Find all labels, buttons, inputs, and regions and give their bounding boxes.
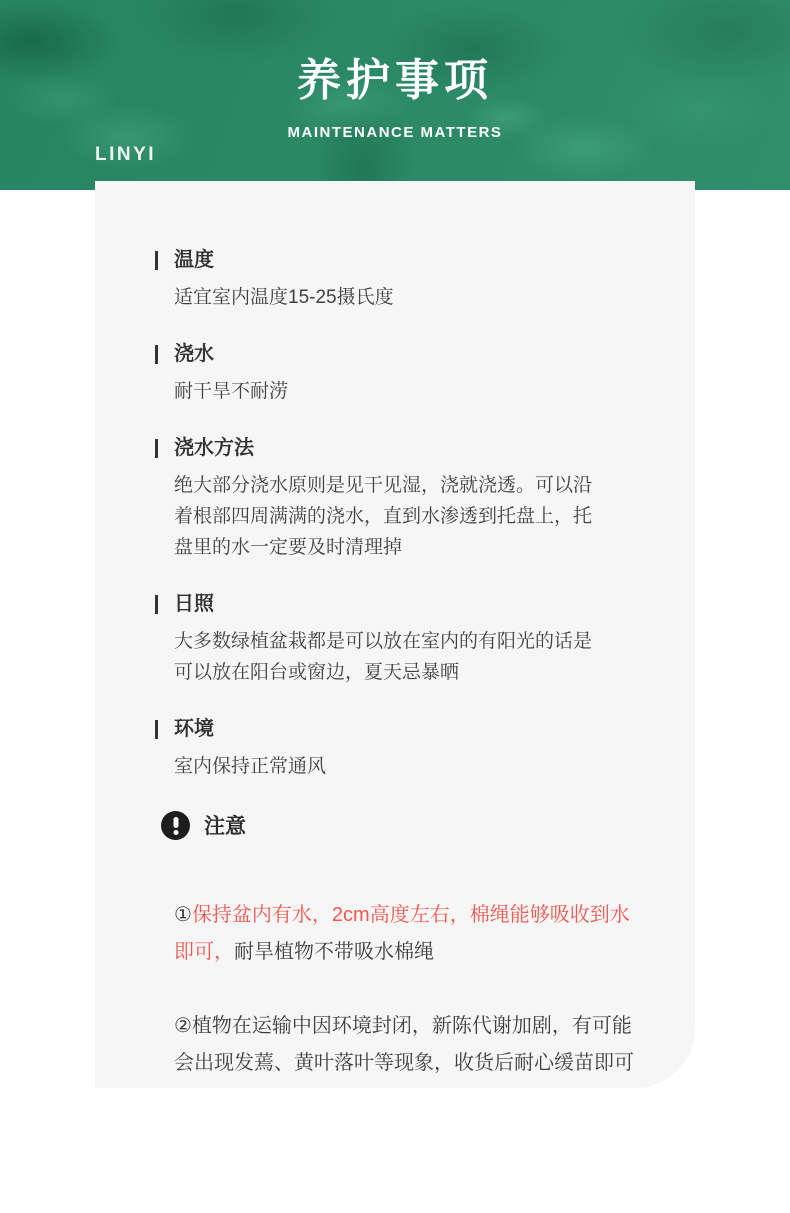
notice-header: 注意 — [161, 810, 640, 840]
section-heading-label: 浇水 — [174, 343, 214, 365]
section-body-text: 大多数绿植盆栽都是可以放在室内的有阳光的话是 可以放在阳台或窗边，夏天忌暴晒 — [174, 626, 640, 688]
section-body-text: 绝大部分浇水原则是见干见湿，浇就浇透。可以沿 着根部四周满满的浇水，直到水渗透到… — [174, 470, 640, 563]
header-banner: 养护事项 MAINTENANCE MATTERS LINYI — [0, 0, 790, 190]
notice-item-prefix: ② — [174, 1015, 192, 1037]
notice-item-normal-text: 植物在运输中因环境封闭，新陈代谢加剧，有可能 会出现发蔫、黄叶落叶等现象，收货后… — [174, 1015, 634, 1074]
section-watering: 浇水 耐干旱不耐涝 — [155, 341, 640, 407]
section-heading: 日照 — [155, 591, 640, 618]
exclamation-dot — [173, 830, 178, 835]
heading-marker-bar — [155, 345, 158, 364]
heading-marker-bar — [155, 595, 158, 614]
section-body-text: 耐干旱不耐涝 — [174, 376, 640, 407]
section-heading: 浇水 — [155, 341, 640, 368]
section-heading: 温度 — [155, 247, 640, 274]
heading-marker-bar — [155, 251, 158, 270]
section-environment: 环境 室内保持正常通风 — [155, 716, 640, 782]
notice-body: ①保持盆内有水，2cm高度左右，棉绳能够吸收到水 即可，耐旱植物不带吸水棉绳 ②… — [174, 860, 640, 1119]
notice-title: 注意 — [204, 810, 246, 840]
notice-item: ①保持盆内有水，2cm高度左右，棉绳能够吸收到水 即可，耐旱植物不带吸水棉绳 — [174, 897, 640, 971]
section-heading-label: 温度 — [174, 249, 214, 271]
product-detail-page: 养护事项 MAINTENANCE MATTERS LINYI 温度 适宜室内温度… — [0, 0, 790, 1213]
section-heading: 浇水方法 — [155, 435, 640, 462]
section-heading: 环境 — [155, 716, 640, 743]
section-body-text: 适宜室内温度15-25摄氏度 — [174, 282, 640, 313]
section-heading-label: 环境 — [174, 718, 214, 740]
section-heading-label: 浇水方法 — [174, 437, 254, 459]
section-temperature: 温度 适宜室内温度15-25摄氏度 — [155, 247, 640, 313]
notice-section: 注意 ①保持盆内有水，2cm高度左右，棉绳能够吸收到水 即可，耐旱植物不带吸水棉… — [155, 810, 640, 1119]
content-card: 温度 适宜室内温度15-25摄氏度 浇水 耐干旱不耐涝 浇水方法 绝大部分浇水原… — [95, 181, 695, 1088]
heading-marker-bar — [155, 720, 158, 739]
section-heading-label: 日照 — [174, 593, 214, 615]
notice-item: ②植物在运输中因环境封闭，新陈代谢加剧，有可能 会出现发蔫、黄叶落叶等现象，收货… — [174, 1008, 640, 1082]
section-sunlight: 日照 大多数绿植盆栽都是可以放在室内的有阳光的话是 可以放在阳台或窗边，夏天忌暴… — [155, 591, 640, 688]
page-subtitle: MAINTENANCE MATTERS — [0, 124, 790, 141]
notice-item-prefix: ① — [174, 904, 192, 926]
section-watering-method: 浇水方法 绝大部分浇水原则是见干见湿，浇就浇透。可以沿 着根部四周满满的浇水，直… — [155, 435, 640, 563]
section-body-text: 室内保持正常通风 — [174, 751, 640, 782]
brand-logo: LINYI — [95, 144, 156, 166]
heading-marker-bar — [155, 439, 158, 458]
notice-item-normal-text: 耐旱植物不带吸水棉绳 — [234, 941, 434, 963]
page-title: 养护事项 — [0, 44, 790, 108]
exclamation-icon — [161, 811, 190, 840]
exclamation-bar — [173, 817, 178, 828]
